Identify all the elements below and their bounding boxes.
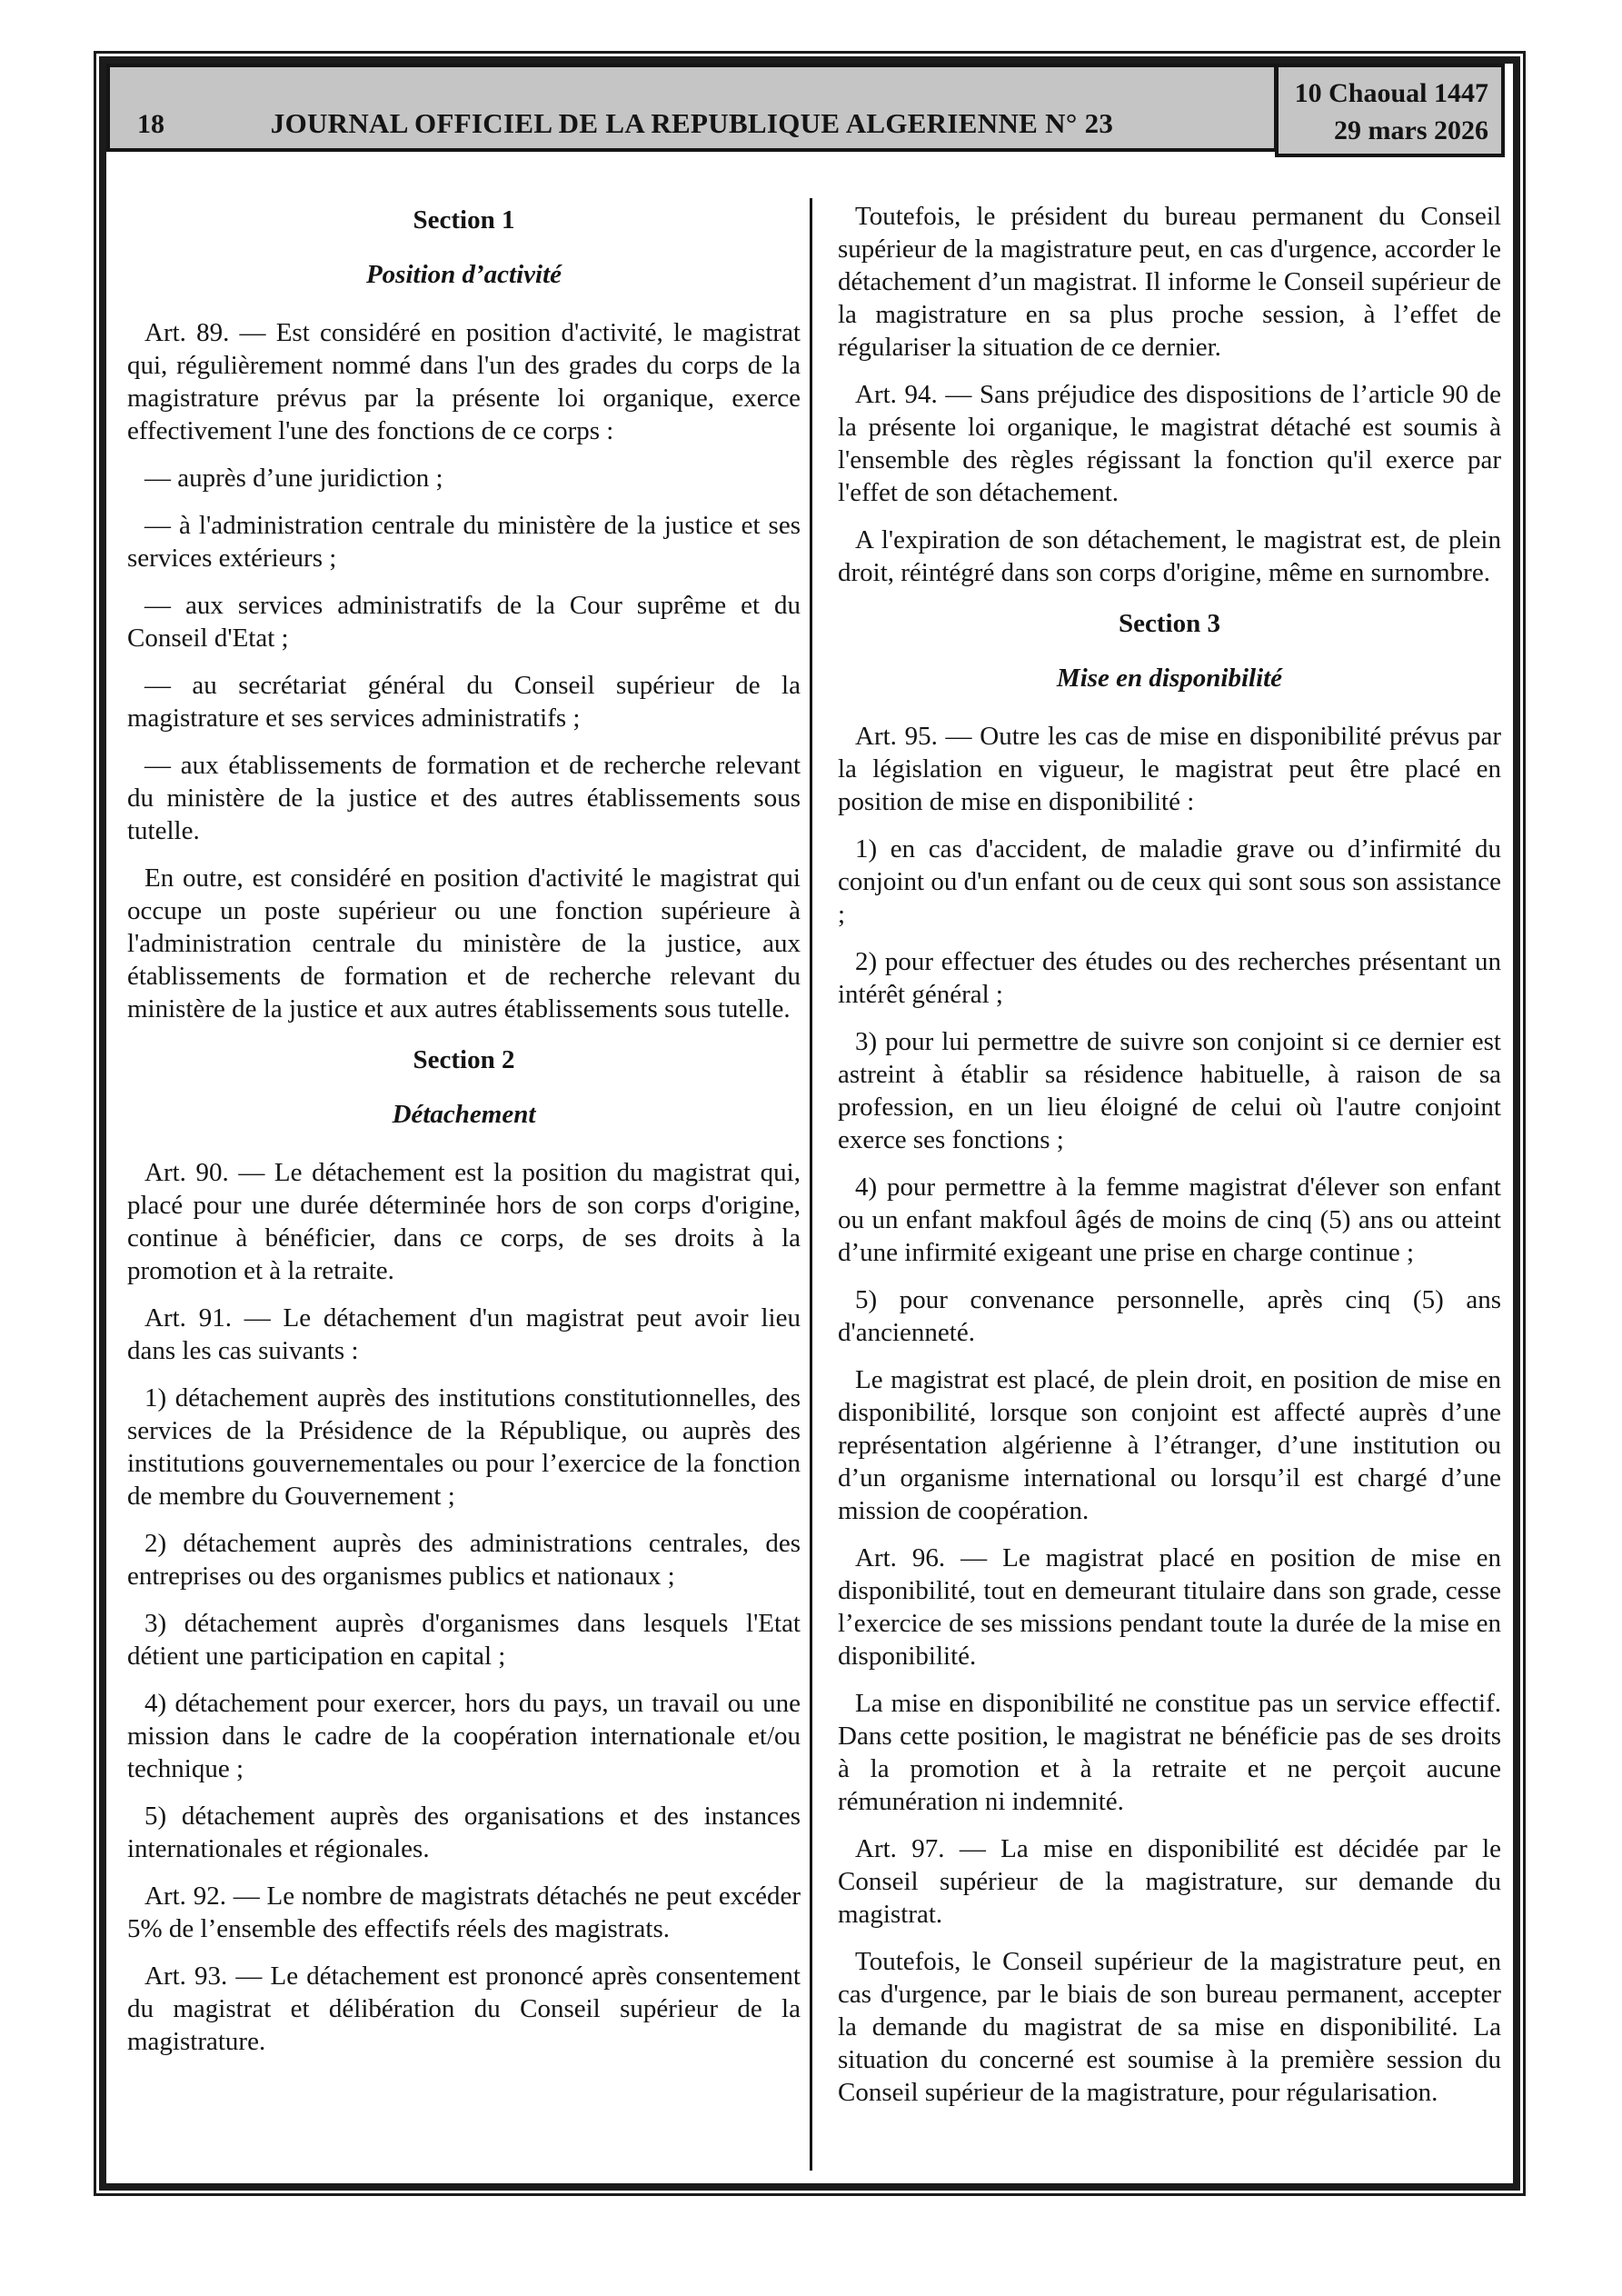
left-column: Section 1Position d’activitéArt. 89. — E… bbox=[127, 200, 801, 2072]
paragraph: 3) détachement auprès d'organismes dans … bbox=[127, 1607, 801, 1672]
paragraph: Art. 89. — Est considéré en position d'a… bbox=[127, 316, 801, 447]
paragraph: 2) détachement auprès des administration… bbox=[127, 1527, 801, 1592]
paragraph: — à l'administration centrale du ministè… bbox=[127, 509, 801, 574]
paragraph: Art. 94. — Sans préjudice des dispositio… bbox=[838, 378, 1501, 509]
paragraph: Art. 92. — Le nombre de magistrats détac… bbox=[127, 1880, 801, 1945]
paragraph: Le magistrat est placé, de plein droit, … bbox=[838, 1363, 1501, 1527]
paragraph: 2) pour effectuer des études ou des rech… bbox=[838, 945, 1501, 1011]
paragraph: En outre, est considéré en position d'ac… bbox=[127, 862, 801, 1025]
paragraph: Art. 90. — Le détachement est la positio… bbox=[127, 1156, 801, 1287]
paragraph: 1) détachement auprès des institutions c… bbox=[127, 1382, 801, 1512]
right-column: Toutefois, le président du bureau perman… bbox=[838, 200, 1501, 2123]
masthead: 18 JOURNAL OFFICIEL DE LA REPUBLIQUE ALG… bbox=[106, 64, 1278, 152]
paragraph: 1) en cas d'accident, de maladie grave o… bbox=[838, 833, 1501, 931]
paragraph: 4) détachement pour exercer, hors du pay… bbox=[127, 1687, 801, 1785]
paragraph: — au secrétariat général du Conseil supé… bbox=[127, 669, 801, 734]
paragraph: 5) pour convenance personnelle, après ci… bbox=[838, 1283, 1501, 1349]
date-hijri: 10 Chaoual 1447 bbox=[1279, 75, 1488, 112]
column-divider bbox=[810, 198, 812, 2171]
masthead-date-box: 10 Chaoual 1447 29 mars 2026 bbox=[1275, 64, 1505, 157]
paragraph: — aux établissements de formation et de … bbox=[127, 749, 801, 847]
paragraph: Toutefois, le président du bureau perman… bbox=[838, 200, 1501, 364]
journal-page: 18 JOURNAL OFFICIEL DE LA REPUBLIQUE ALG… bbox=[0, 0, 1622, 2296]
section-heading: Section 1 bbox=[127, 204, 801, 236]
paragraph: — aux services administratifs de la Cour… bbox=[127, 589, 801, 654]
section-subtitle: Détachement bbox=[127, 1098, 801, 1131]
section-subtitle: Mise en disponibilité bbox=[838, 662, 1501, 694]
journal-title: JOURNAL OFFICIEL DE LA REPUBLIQUE ALGERI… bbox=[110, 107, 1274, 140]
paragraph: 5) détachement auprès des organisations … bbox=[127, 1800, 801, 1865]
date-gregorian: 29 mars 2026 bbox=[1279, 112, 1488, 149]
section-heading: Section 3 bbox=[838, 607, 1501, 640]
section-heading: Section 2 bbox=[127, 1043, 801, 1076]
paragraph: — auprès d’une juridiction ; bbox=[127, 462, 801, 494]
section-subtitle: Position d’activité bbox=[127, 258, 801, 291]
paragraph: Art. 95. — Outre les cas de mise en disp… bbox=[838, 720, 1501, 818]
paragraph: La mise en disponibilité ne constitue pa… bbox=[838, 1687, 1501, 1818]
paragraph: Art. 91. — Le détachement d'un magistrat… bbox=[127, 1302, 801, 1367]
paragraph: Art. 97. — La mise en disponibilité est … bbox=[838, 1832, 1501, 1931]
paragraph: Art. 93. — Le détachement est prononcé a… bbox=[127, 1960, 801, 2058]
paragraph: A l'expiration de son détachement, le ma… bbox=[838, 524, 1501, 589]
paragraph: 4) pour permettre à la femme magistrat d… bbox=[838, 1171, 1501, 1269]
paragraph: Art. 96. — Le magistrat placé en positio… bbox=[838, 1542, 1501, 1672]
paragraph: Toutefois, le Conseil supérieur de la ma… bbox=[838, 1945, 1501, 2109]
paragraph: 3) pour lui permettre de suivre son conj… bbox=[838, 1025, 1501, 1156]
